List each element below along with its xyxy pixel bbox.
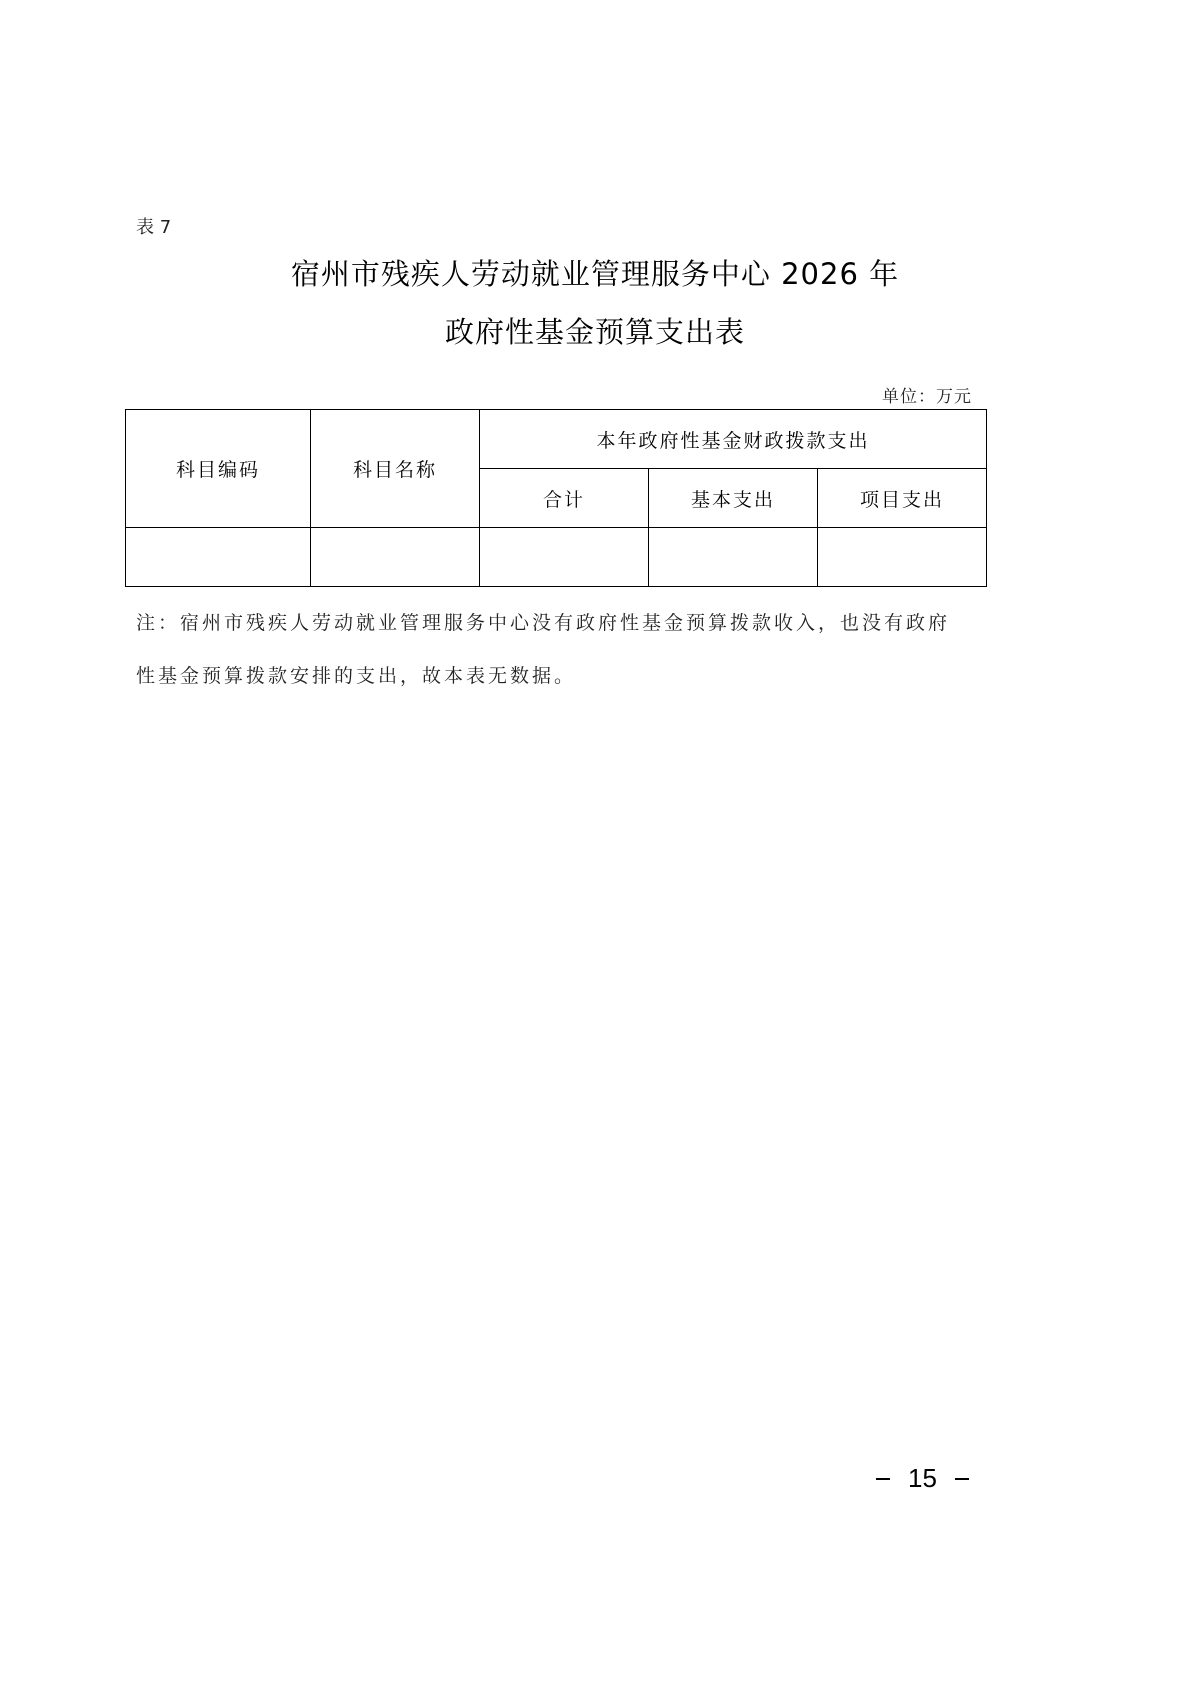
header-total: 合计 (480, 469, 649, 528)
cell-code (126, 528, 311, 587)
header-name: 科目名称 (311, 410, 480, 528)
header-group: 本年政府性基金财政拨款支出 (480, 410, 987, 469)
cell-project (818, 528, 987, 587)
note-line-1: 注：宿州市残疾人劳动就业管理服务中心没有政府性基金预算拨款收入，也没有政府 (136, 608, 966, 635)
cell-total (480, 528, 649, 587)
cell-basic (649, 528, 818, 587)
dash-right (955, 1478, 969, 1480)
page-subtitle: 政府性基金预算支出表 (0, 310, 1190, 351)
unit-label: 单位：万元 (882, 382, 972, 407)
cell-name (311, 528, 480, 587)
table-label: 表 7 (136, 213, 171, 239)
dash-left (876, 1478, 890, 1480)
budget-table: 科目编码 科目名称 本年政府性基金财政拨款支出 合计 基本支出 项目支出 (125, 409, 987, 587)
page-number: 15 (876, 1463, 969, 1494)
header-basic: 基本支出 (649, 469, 818, 528)
header-project: 项目支出 (818, 469, 987, 528)
note-line-2: 性基金预算拨款安排的支出，故本表无数据。 (136, 661, 966, 688)
header-row: 科目编码 科目名称 本年政府性基金财政拨款支出 (126, 410, 987, 469)
table-row (126, 528, 987, 587)
page-number-value: 15 (908, 1463, 937, 1494)
header-code: 科目编码 (126, 410, 311, 528)
page-title: 宿州市残疾人劳动就业管理服务中心 2026 年 (0, 252, 1190, 293)
